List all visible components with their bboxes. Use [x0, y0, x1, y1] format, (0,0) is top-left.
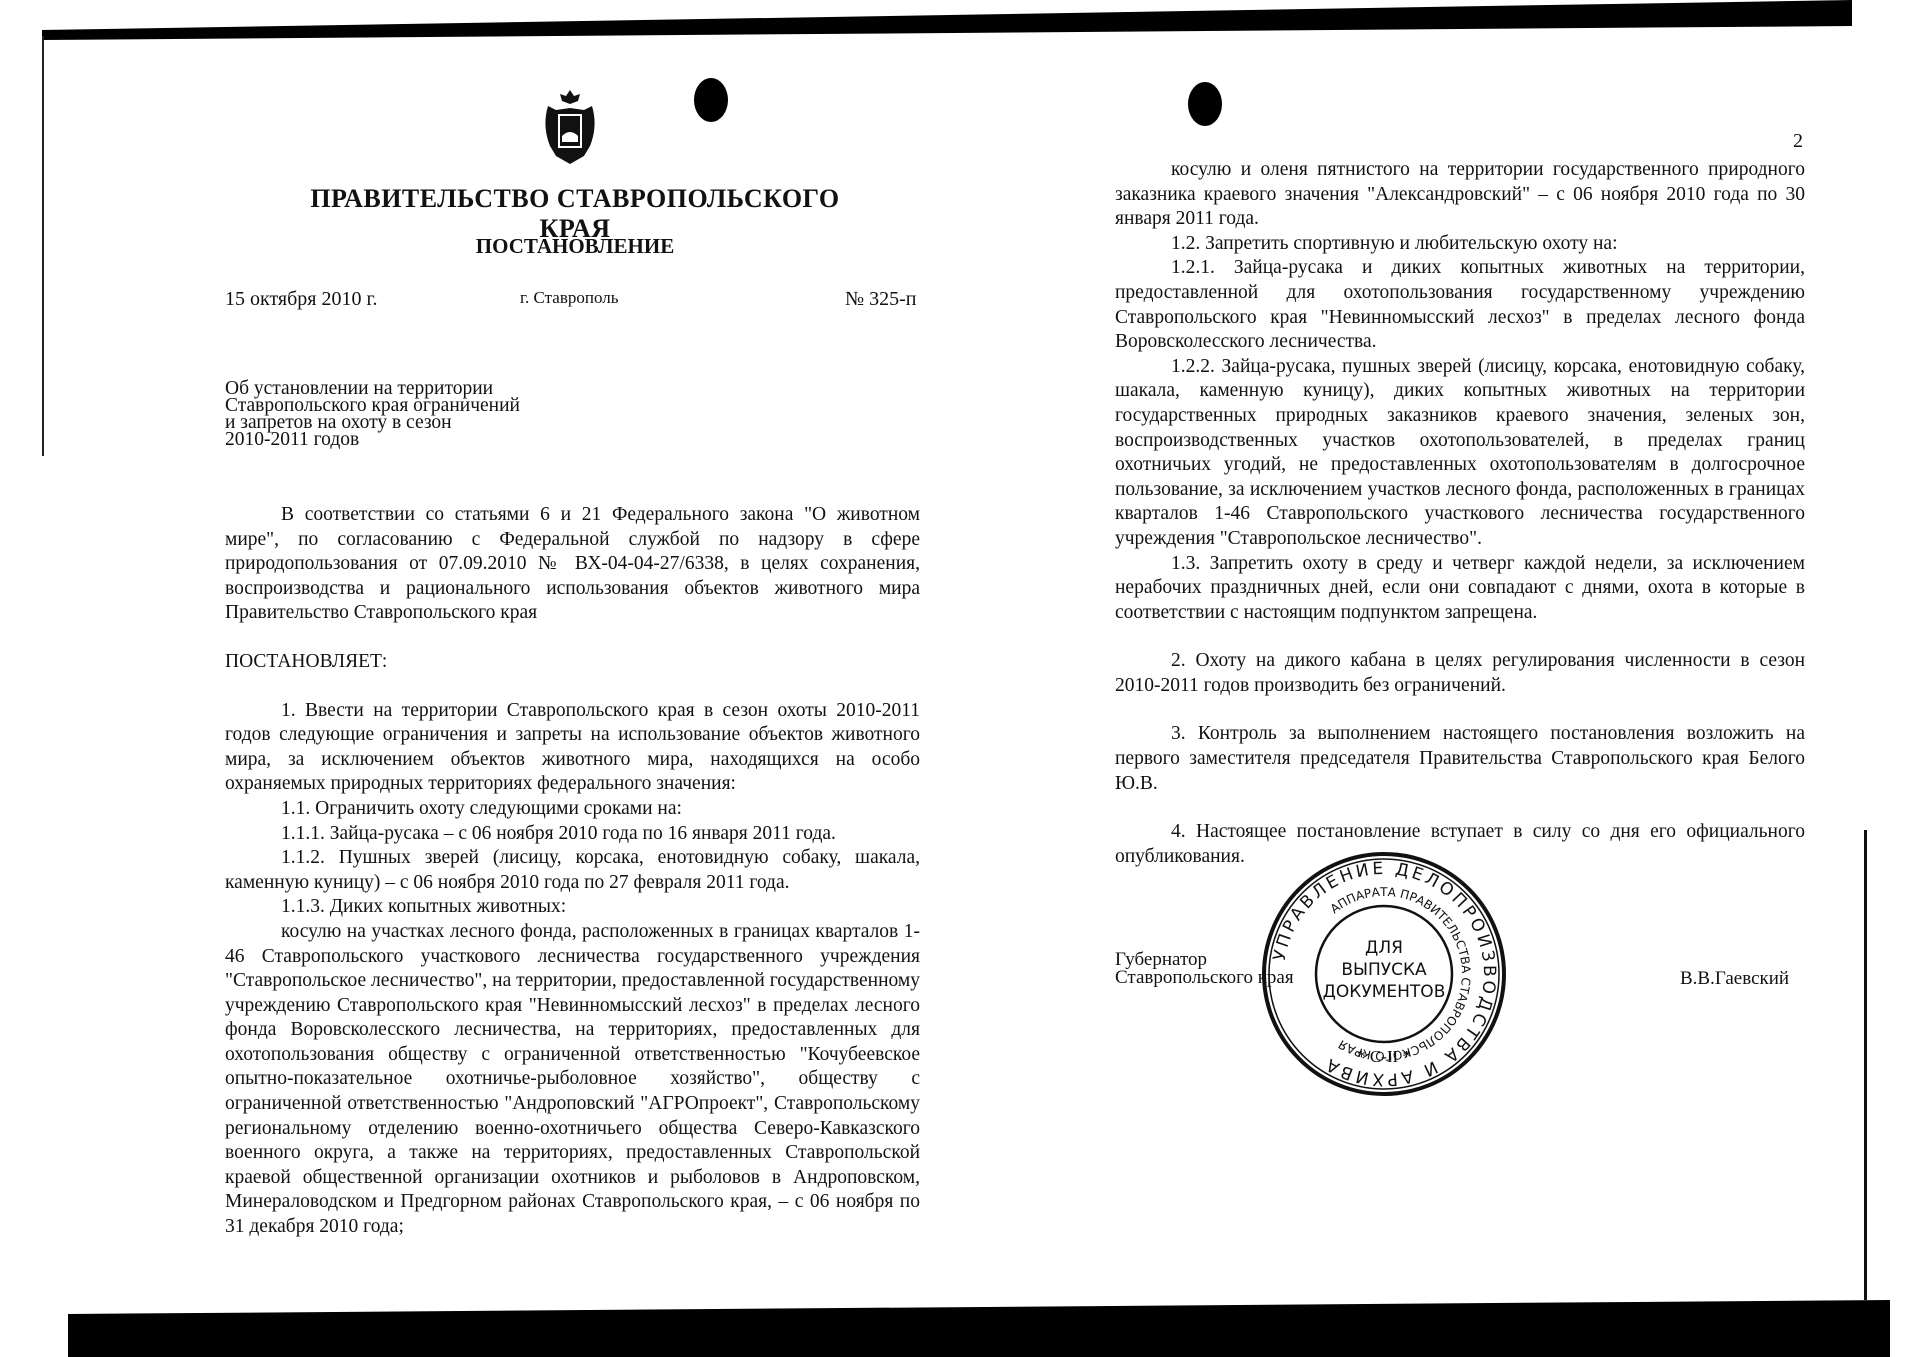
preamble: В соответствии со статьями 6 и 21 Федера… — [225, 503, 920, 626]
svg-text:* С-II *: * С-II * — [1357, 1047, 1411, 1066]
clause-1-1-3-deer: косулю и оленя пятнистого на территории … — [1115, 158, 1805, 232]
coat-of-arms-icon — [540, 88, 600, 168]
clause-3: 3. Контроль за выполнением настоящего по… — [1115, 722, 1805, 796]
document-type: ПОСТАНОВЛЕНИЕ — [280, 234, 870, 259]
clause-1-1-3: 1.1.3. Диких копытных животных: — [225, 895, 920, 920]
clause-1-3: 1.3. Запретить охоту в среду и четверг к… — [1115, 552, 1805, 626]
clause-1: 1. Ввести на территории Ставропольского … — [225, 699, 920, 797]
document-city: г. Ставрополь — [520, 288, 619, 308]
scan-edge-top — [42, 0, 1852, 40]
left-column: В соответствии со статьями 6 и 21 Федера… — [225, 503, 920, 1240]
document-number: № 325-п — [845, 288, 916, 311]
punch-hole-right — [1188, 82, 1222, 126]
resolves-heading: ПОСТАНОВЛЯЕТ: — [225, 650, 920, 675]
page-border-right — [1864, 830, 1867, 1300]
clause-1-2: 1.2. Запретить спортивную и любительскую… — [1115, 232, 1805, 257]
official-stamp-icon: УПРАВЛЕНИЕ ДЕЛОПРОИЗВОДСТВА И АРХИВА АПП… — [1260, 850, 1508, 1098]
svg-text:ДОКУМЕНТОВ: ДОКУМЕНТОВ — [1323, 982, 1446, 1002]
right-column: косулю и оленя пятнистого на территории … — [1115, 158, 1805, 869]
signatory-name: В.В.Гаевский — [1680, 970, 1789, 988]
scan-edge-bottom — [68, 1300, 1890, 1357]
clause-1-1: 1.1. Ограничить охоту следующими сроками… — [225, 797, 920, 822]
document-topic: Об установлении на территории Ставрополь… — [225, 380, 520, 448]
clause-1-2-1: 1.2.1. Зайца-русака и диких копытных жив… — [1115, 256, 1805, 354]
clause-1-2-2: 1.2.2. Зайца-русака, пушных зверей (лиси… — [1115, 355, 1805, 552]
page-number: 2 — [1793, 130, 1803, 153]
punch-hole-left — [694, 78, 728, 122]
clause-1-1-2: 1.1.2. Пушных зверей (лисицу, корсака, е… — [225, 846, 920, 895]
clause-2: 2. Охоту на дикого кабана в целях регули… — [1115, 649, 1805, 698]
page-border-left — [42, 36, 44, 456]
document-date: 15 октября 2010 г. — [225, 288, 377, 311]
svg-text:ВЫПУСКА: ВЫПУСКА — [1341, 960, 1427, 980]
clause-1-1-1: 1.1.1. Зайца-русака – с 06 ноября 2010 г… — [225, 822, 920, 847]
clause-1-1-3-roe: косулю на участках лесного фонда, распол… — [225, 920, 920, 1240]
svg-text:ДЛЯ: ДЛЯ — [1365, 938, 1403, 958]
